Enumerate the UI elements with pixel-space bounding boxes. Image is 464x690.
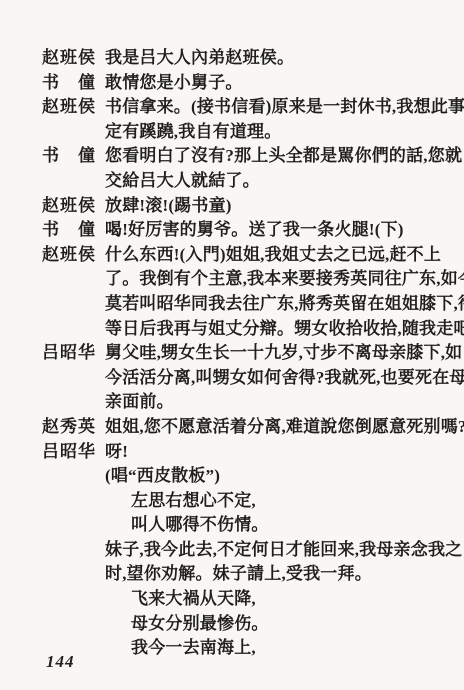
line-text: 亲面前。 [105,390,454,415]
line-text: 交給吕大人就結了。 [105,169,454,194]
line-text: 我今一去南海上, [105,636,454,661]
line-text: 什么东西!(入門)姐姐,我姐丈去之已远,赶不上 [105,243,454,268]
script-line: 等日后我再与姐丈分辯。甥女收拾收拾,随我走吧! [42,317,454,342]
script-line: 妹子,我今此去,不定何日才能回来,我母亲念我之 [42,538,454,563]
script-line: 书 僮 喝!好厉害的舅爷。送了我一条火腿!(下) [42,218,454,243]
line-text: 喝!好厉害的舅爷。送了我一条火腿!(下) [105,218,454,243]
speaker-name: 赵班侯 [42,243,105,268]
line-text: 书信拿来。(接书信看)原来是一封休书,我想此事 [105,95,464,120]
speaker-name: 书 僮 [42,218,105,243]
line-text: 您看明白了沒有?那上头全都是駡你們的話,您就 [105,144,462,169]
script-line: 吕昭华 呀! [42,440,454,465]
script-body: 赵班侯 我是吕大人內弟赵班侯。 书 僮 敢情您是小舅子。 赵班侯 书信拿来。(接… [42,46,454,661]
line-text: 叫人哪得不伤情。 [105,513,454,538]
line-text: 定有蹊蹺,我自有道理。 [105,120,454,145]
speaker-name: 赵班侯 [42,194,105,219]
speaker-name: 吕昭华 [42,341,105,366]
line-text: 妹子,我今此去,不定何日才能回来,我母亲念我之 [105,538,462,563]
line-text: (唱“西皮散板”) [105,464,454,489]
script-line: 时,望你劝解。妹子請上,受我一拜。 [42,562,454,587]
script-line: 我今一去南海上, [42,636,454,661]
script-line: 吕昭华 舅父哇,甥女生长一十九岁,寸步不离母亲膝下,如 [42,341,454,366]
speaker-name: 书 僮 [42,71,105,96]
line-text: 了。我倒有个主意,我本来要接秀英同往广东,如今 [105,267,464,292]
speaker-name: 赵秀英 [42,415,105,440]
script-line: 了。我倒有个主意,我本来要接秀英同往广东,如今 [42,267,454,292]
script-line: 交給吕大人就結了。 [42,169,454,194]
line-text: 飞来大禍从天降, [105,587,454,612]
document-page: 赵班侯 我是吕大人內弟赵班侯。 书 僮 敢情您是小舅子。 赵班侯 书信拿来。(接… [0,0,464,690]
script-line: 赵秀英 姐姐,您不愿意活着分离,难道說您倒愿意死别嗎? [42,415,454,440]
line-text: 今活活分离,叫甥女如何舍得?我就死,也要死在母 [105,366,464,391]
line-text: 敢情您是小舅子。 [105,71,454,96]
speaker-name: 赵班侯 [42,46,105,71]
script-line: 赵班侯 放肆!滚!(踢书童) [42,194,454,219]
line-text: 莫若叫昭华同我去往广东,將秀英留在姐姐膝下,待 [105,292,464,317]
script-line: 赵班侯 什么东西!(入門)姐姐,我姐丈去之已远,赶不上 [42,243,454,268]
script-line: 飞来大禍从天降, [42,587,454,612]
script-line: 书 僮 您看明白了沒有?那上头全都是駡你們的話,您就 [42,144,454,169]
speaker-name: 吕昭华 [42,440,105,465]
speaker-name: 赵班侯 [42,95,105,120]
line-text: 放肆!滚!(踢书童) [105,194,454,219]
line-text: 姐姐,您不愿意活着分离,难道說您倒愿意死别嗎? [105,415,464,440]
line-text: 呀! [105,440,454,465]
line-text: 我是吕大人內弟赵班侯。 [105,46,454,71]
script-line: 赵班侯 书信拿来。(接书信看)原来是一封休书,我想此事 [42,95,454,120]
script-line: 叫人哪得不伤情。 [42,513,454,538]
script-line: 今活活分离,叫甥女如何舍得?我就死,也要死在母 [42,366,454,391]
page-number: 144 [46,652,75,672]
line-text: 左思右想心不定, [105,489,454,514]
script-line: (唱“西皮散板”) [42,464,454,489]
script-line: 母女分别最惨伤。 [42,612,454,637]
line-text: 等日后我再与姐丈分辯。甥女收拾收拾,随我走吧! [105,317,464,342]
script-line: 莫若叫昭华同我去往广东,將秀英留在姐姐膝下,待 [42,292,454,317]
line-text: 时,望你劝解。妹子請上,受我一拜。 [105,562,454,587]
script-line: 左思右想心不定, [42,489,454,514]
line-text: 舅父哇,甥女生长一十九岁,寸步不离母亲膝下,如 [105,341,462,366]
script-line: 赵班侯 我是吕大人內弟赵班侯。 [42,46,454,71]
script-line: 亲面前。 [42,390,454,415]
speaker-name: 书 僮 [42,144,105,169]
line-text: 母女分别最惨伤。 [105,612,454,637]
script-line: 定有蹊蹺,我自有道理。 [42,120,454,145]
script-line: 书 僮 敢情您是小舅子。 [42,71,454,96]
